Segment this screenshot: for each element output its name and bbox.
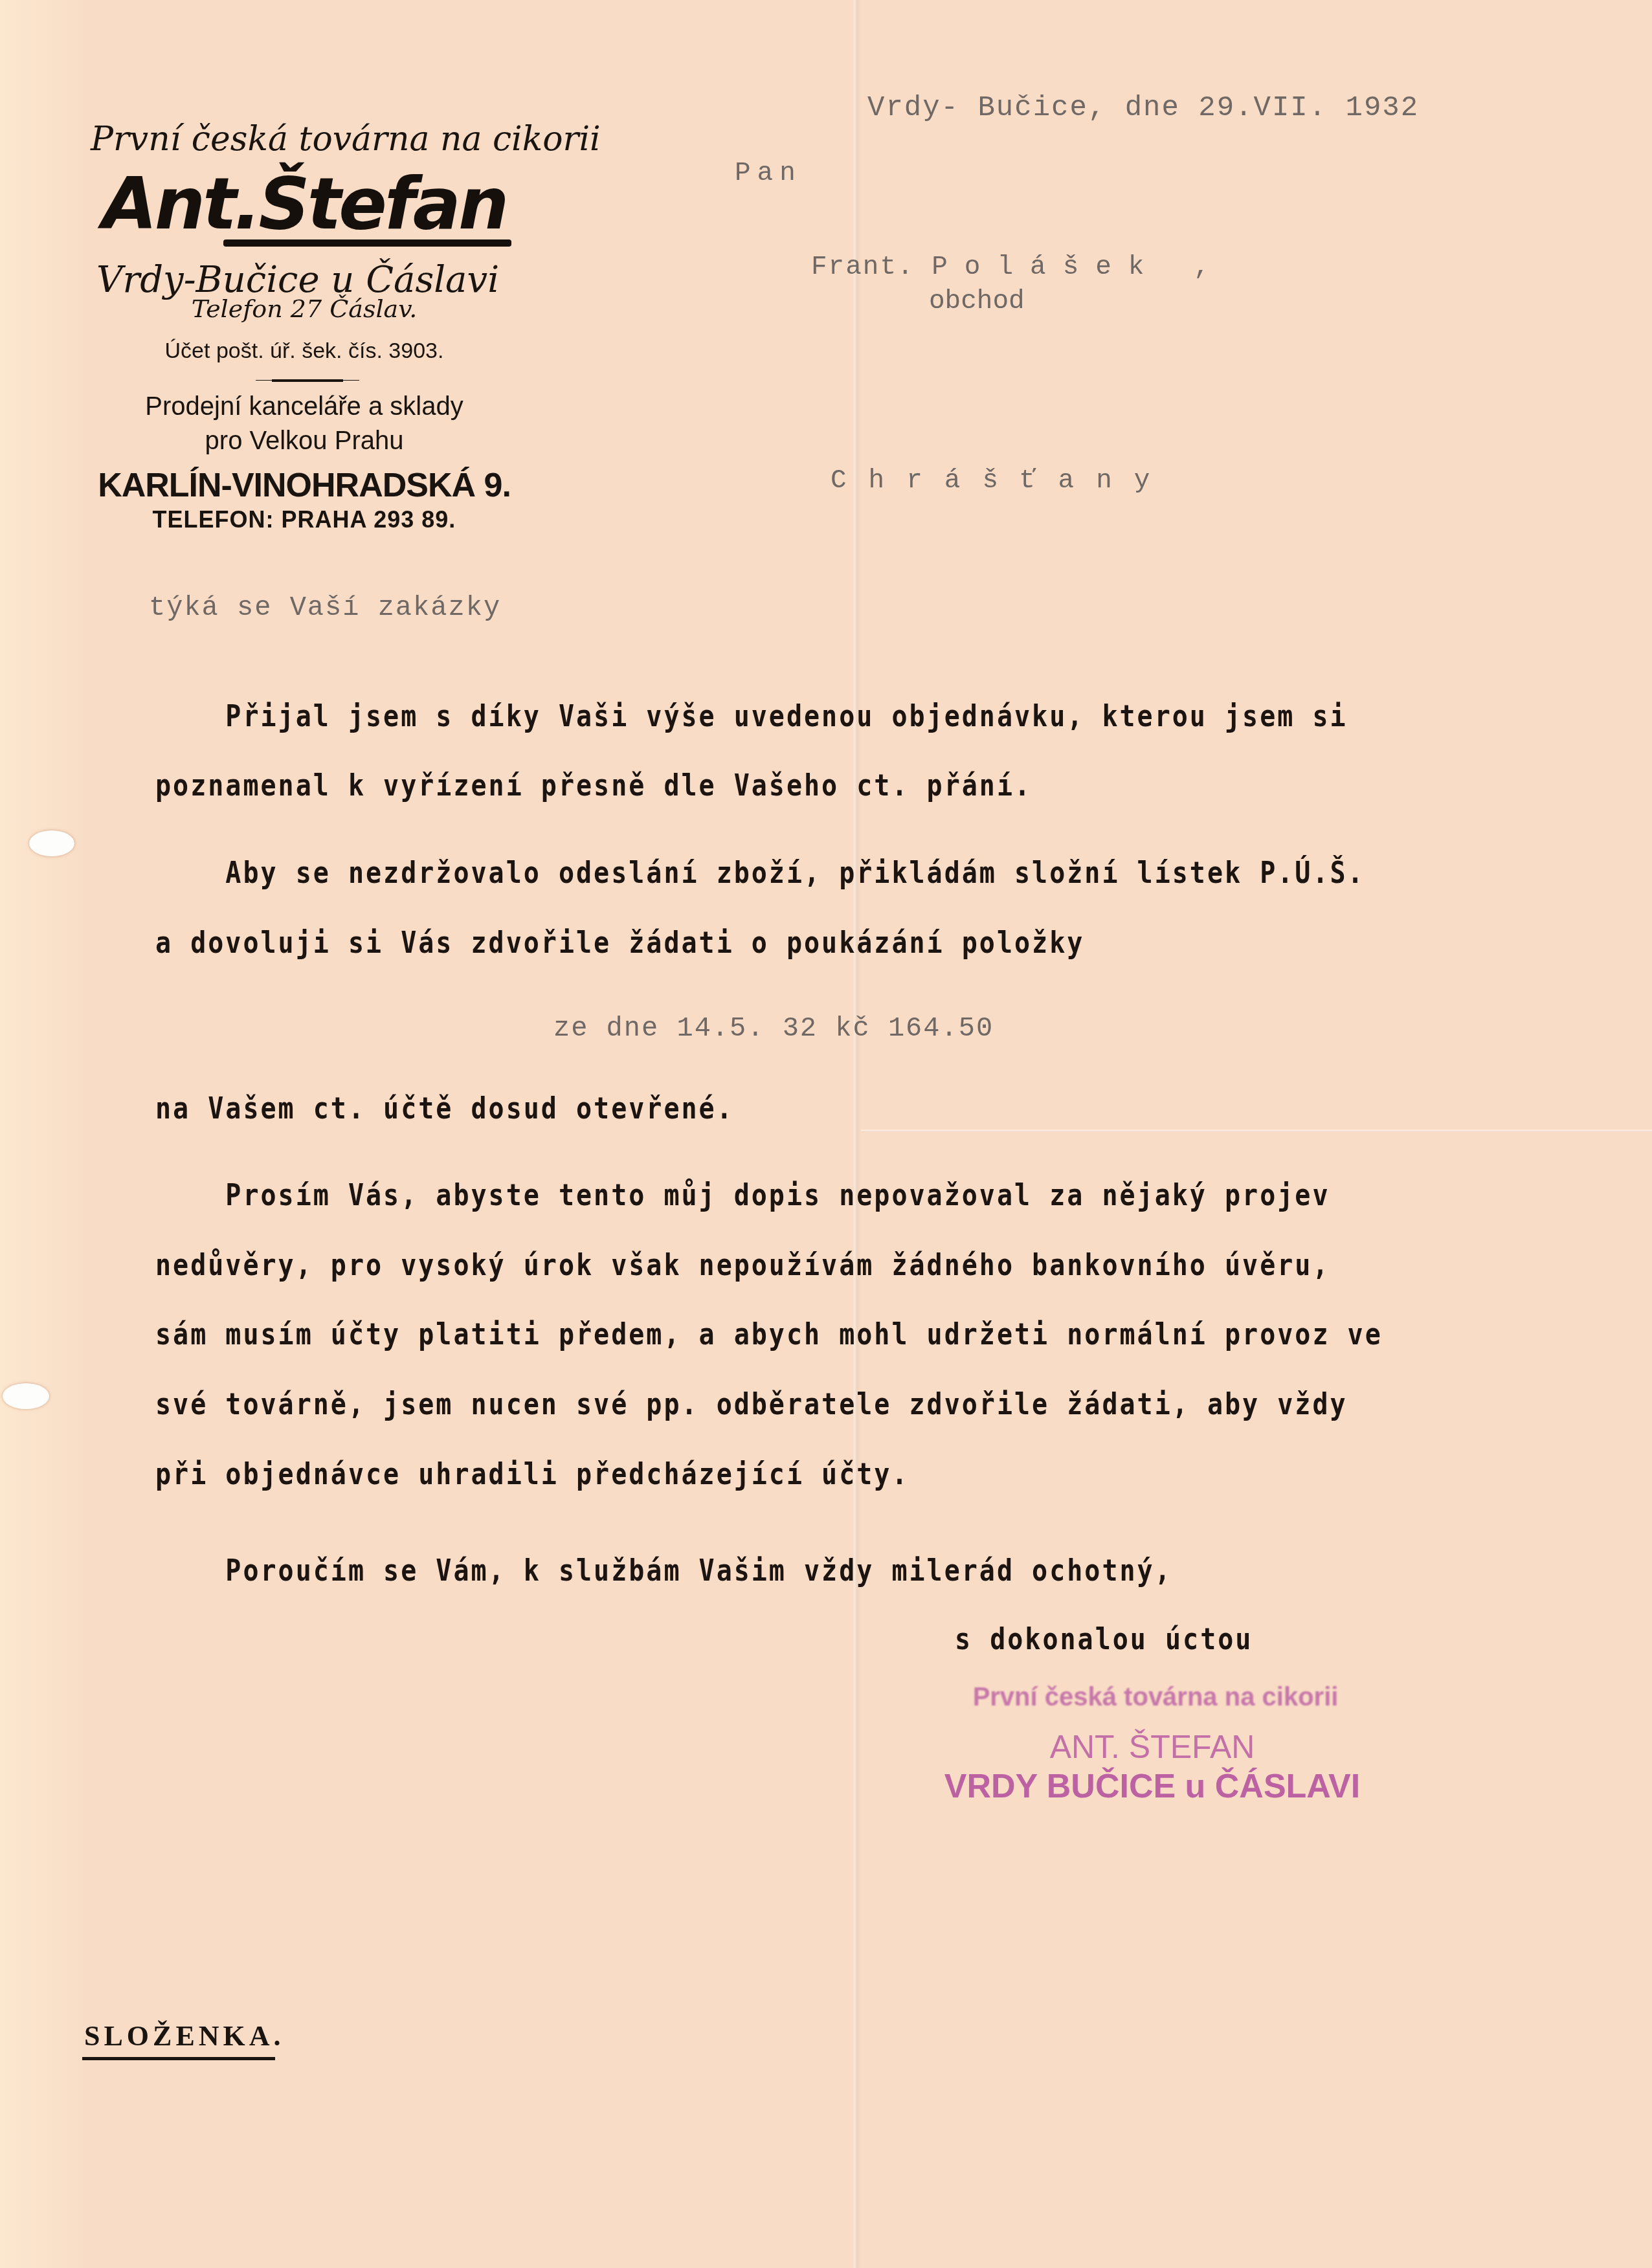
brand-underline: [223, 239, 511, 247]
subject-line: týká se Vaší zakázky: [149, 592, 501, 623]
enclosure-label: SLOŽENKA.: [84, 2019, 285, 2052]
recipient-name-prefix: Frant.: [811, 252, 915, 282]
recipient-salutation: Pan: [735, 159, 802, 188]
body-line: nedůvěry, pro vysoký úrok však nepoužívá…: [155, 1249, 1330, 1283]
stamp-line-3: VRDY BUČICE u ČÁSLAVI: [919, 1767, 1385, 1806]
letterhead-divider-bold: [272, 379, 343, 382]
paper-fold-crease: [861, 1129, 1652, 1132]
body-line: na Vašem ct. účtě dosud otevřené.: [155, 1092, 734, 1126]
sign-off: s dokonalou úctou: [955, 1622, 1253, 1656]
letterhead-phone-script: Telefon 27 Čáslav.: [155, 295, 453, 323]
stamp-line-2: ANT. ŠTEFAN: [997, 1728, 1308, 1766]
letterhead-office-line1: Prodejní kanceláře a sklady: [91, 392, 518, 421]
letterhead-account: Účet pošt. úř. šek. čís. 3903.: [91, 339, 518, 364]
closing-line: Poroučím se Vám, k službám Vašim vždy mi…: [155, 1553, 1172, 1588]
body-line: Aby se nezdržovalo odeslání zboží, přikl…: [155, 856, 1365, 891]
recipient-city: Chrášťany: [831, 466, 1172, 496]
letterhead-office-line2: pro Velkou Prahu: [91, 427, 518, 456]
enclosure-underline: [82, 2057, 275, 2060]
stamp-line-1: První česká továrna na cikorii: [919, 1683, 1392, 1712]
body-line: při objednávce uhradili předcházející úč…: [155, 1457, 910, 1491]
body-line: sám musím účty platiti předem, a abych m…: [155, 1318, 1383, 1352]
letter-date: Vrdy- Bučice, dne 29.VII. 1932: [867, 92, 1419, 124]
letterhead-brand: Ant.Štefan: [84, 168, 524, 239]
letterhead-street: KARLÍN-VINOHRADSKÁ 9.: [84, 466, 524, 505]
recipient-name: Frant. Polášek ,: [811, 252, 1227, 282]
body-line: poznamenal k vyřízení přesně dle Vašeho …: [155, 769, 1032, 803]
recipient-role: obchod: [929, 287, 1025, 317]
body-line: své továrně, jsem nucen své pp. odběrate…: [155, 1387, 1348, 1421]
body-line: a dovoluji si Vás zdvořile žádati o pouk…: [155, 926, 1084, 961]
payment-reference: ze dne 14.5. 32 kč 164.50: [553, 1013, 994, 1044]
body-line: Prosím Vás, abyste tento můj dopis nepov…: [155, 1179, 1330, 1213]
body-line: Přijal jsem s díky Vaši výše uvedenou ob…: [155, 700, 1348, 734]
punch-hole-top: [29, 830, 74, 856]
recipient-surname: Polášek ,: [932, 252, 1226, 282]
letterhead-tagline: První česká továrna na cikorii: [91, 120, 518, 159]
punch-hole-bottom: [3, 1383, 49, 1409]
letterhead-telefon: TELEFON: PRAHA 293 89.: [91, 506, 518, 533]
